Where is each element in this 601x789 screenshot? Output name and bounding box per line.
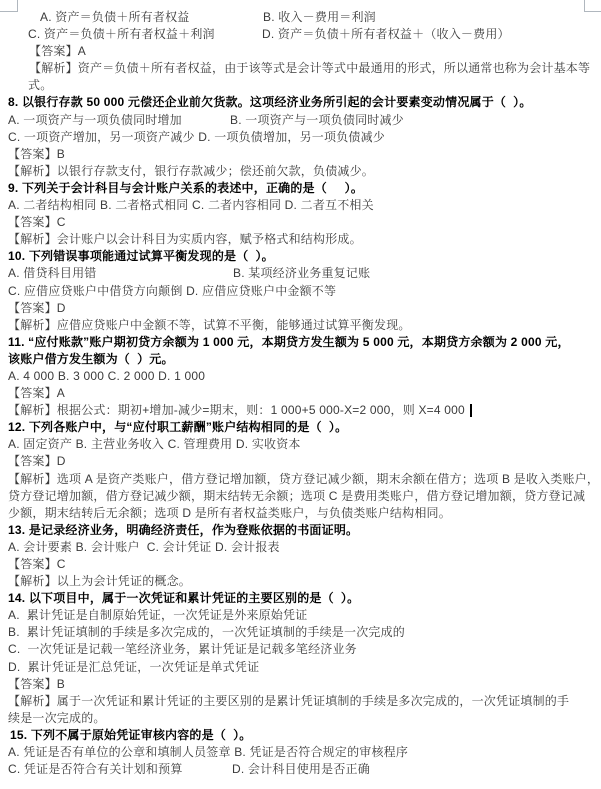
line-text: 8. 以银行存款 50 000 元偿还企业前欠货款。这项经济业务所引起的会计要素… [8,95,532,109]
analysis-line: 【解析】根据公式：期初+增加-减少=期末，则：1 000+5 000-X=2 0… [0,402,601,419]
document-page[interactable]: A. 资产＝负债＋所有者权益B. 收入－费用＝利润C. 资产＝负债＋所有者权益＋… [0,0,601,789]
option-line: D. 累计凭证是汇总凭证，一次凭证是单式凭证 [0,659,601,676]
option-line: A. 借贷科目用错B. 某项经济业务重复记账 [0,265,601,282]
question-line: 11. “应付账款”账户期初贷方余额为 1 000 元，本期贷方发生额为 5 0… [0,334,601,351]
option-line: C. 一项资产增加，另一项资产减少 D. 一项负债增加，另一项负债减少 [0,129,601,146]
line-text: A. 凭证是否有单位的公章和填制人员签章 B. 凭证是否符合规定的审核程序 [8,745,408,759]
line-text: 【解析】应借应贷账户中金额不等，试算不平衡，能够通过试算平衡发现。 [8,318,411,332]
line-text: C. 资产＝负债＋所有者权益＋利润 [28,27,215,41]
option-line: A. 凭证是否有单位的公章和填制人员签章 B. 凭证是否符合规定的审核程序 [0,744,601,761]
analysis-line: 【解析】会计账户以会计科目为实质内容，赋予格式和结构形成。 [0,231,601,248]
question-line: 14. 以下项目中，属于一次凭证和累计凭证的主要区别的是（ ）。 [0,590,601,607]
question-line: 15. 下列不属于原始凭证审核内容的是（ ）。 [0,727,601,744]
question-continuation-line: 该账户借方发生额为（ ）元。 [0,351,601,368]
line-text: 【解析】会计账户以会计科目为实质内容，赋予格式和结构形成。 [8,232,362,246]
line-text: D. 累计凭证是汇总凭证，一次凭证是单式凭证 [8,660,259,674]
analysis-line: 【解析】应借应贷账户中金额不等，试算不平衡，能够通过试算平衡发现。 [0,317,601,334]
line-text: 【答案】C [8,557,66,571]
line-text: C. 凭证是否符合有关计划和预算 [8,762,183,776]
option-line: C. 凭证是否符合有关计划和预算D. 会计科目使用是否正确 [0,761,601,778]
line-text: A. 资产＝负债＋所有者权益 [40,10,189,24]
option-line: A. 资产＝负债＋所有者权益B. 收入－费用＝利润 [0,9,601,26]
line-text-column2: B. 某项经济业务重复记账 [233,265,370,282]
option-line: A. 一项资产与一项负债同时增加B. 一项资产与一项负债同时减少 [0,112,601,129]
line-text: 【答案】A [29,44,86,58]
line-text: A. 会计要素 B. 会计账户 C. 会计凭证 D. 会计报表 [8,540,280,554]
line-text: 式。 [28,78,52,92]
line-text: 10. 下列错误事项能通过试算平衡发现的是（ ）。 [8,249,274,263]
answer-line: 【答案】A [0,385,601,402]
line-text: 【解析】选项 A 是资产类账户，借方登记增加额，贷方登记减少额，期末余额在借方；… [8,472,599,486]
line-text: B. 累计凭证填制的手续是多次完成的，一次凭证填制的手续是一次完成的 [8,625,405,639]
analysis-line: 【解析】以上为会计凭证的概念。 [0,573,601,590]
answer-line: 【答案】C [0,556,601,573]
line-text: 12. 下列各账户中，与“应付职工薪酬”账户结构相同的是（ ）。 [8,420,347,434]
option-line: A. 固定资产 B. 主营业务收入 C. 管理费用 D. 实收资本 [0,436,601,453]
line-text: 【答案】D [8,454,66,468]
line-text-column2: D. 会计科目使用是否正确 [232,761,370,778]
analysis-continuation-line: 续是一次完成的。 [0,710,601,727]
answer-line: 【答案】B [0,146,601,163]
analysis-line: 【解析】选项 A 是资产类账户，借方登记增加额，贷方登记减少额，期末余额在借方；… [0,471,601,488]
line-text: 【答案】C [8,215,66,229]
line-text: C. 一次凭证是记载一笔经济业务，累计凭证是记载多笔经济业务 [8,642,357,656]
line-text: 【解析】以上为会计凭证的概念。 [8,574,191,588]
answer-line: 【答案】A [0,43,601,60]
line-text: 【解析】以银行存款支付，银行存款减少；偿还前欠款，负债减少。 [8,164,374,178]
line-text: A. 一项资产与一项负债同时增加 [8,113,182,127]
line-text: 【答案】B [8,677,65,691]
analysis-continuation-line: 少额，期末结转后无余额；选项 D 是所有者权益类账户，与负债类账户结构相同。 [0,505,601,522]
analysis-line: 【解析】属于一次凭证和累计凭证的主要区别的是累计凭证填制的手续是多次完成的，一次… [0,693,601,710]
line-text: A. 累计凭证是自制原始凭证，一次凭证是外来原始凭证 [8,608,307,622]
line-text: 续是一次完成的。 [8,711,106,725]
analysis-continuation-line: 贷方登记增加额，借方登记减少额，期末结转无余额；选项 C 是费用类账户，借方登记… [0,488,601,505]
question-line: 13. 是记录经济业务，明确经济责任，作为登账依据的书面证明。 [0,522,601,539]
analysis-continuation-line: 式。 [0,77,601,94]
answer-line: 【答案】D [0,453,601,470]
line-text: 14. 以下项目中，属于一次凭证和累计凭证的主要区别的是（ ）。 [8,591,359,605]
option-line: C. 一次凭证是记载一笔经济业务，累计凭证是记载多笔经济业务 [0,641,601,658]
answer-line: 【答案】D [0,300,601,317]
line-text: 【答案】D [8,301,66,315]
line-text: A. 借贷科目用错 [8,266,96,280]
option-line: C. 应借应贷账户中借贷方向颠倒 D. 应借应贷账户中金额不等 [0,283,601,300]
question-line: 10. 下列错误事项能通过试算平衡发现的是（ ）。 [0,248,601,265]
line-text-column2: D. 资产＝负债＋所有者权益＋（收入－费用） [262,26,510,43]
line-text: 【解析】根据公式：期初+增加-减少=期末，则：1 000+5 000-X=2 0… [8,403,465,417]
line-text: 贷方登记增加额，借方登记减少额，期末结转无余额；选项 C 是费用类账户，借方登记… [8,489,585,503]
line-text: 15. 下列不属于原始凭证审核内容的是（ ）。 [10,728,252,742]
line-text: 【解析】属于一次凭证和累计凭证的主要区别的是累计凭证填制的手续是多次完成的，一次… [8,694,569,708]
line-text: C. 一项资产增加，另一项资产减少 D. 一项负债增加，另一项负债减少 [8,130,385,144]
option-line: A. 4 000 B. 3 000 C. 2 000 D. 1 000 [0,368,601,385]
option-line: A. 会计要素 B. 会计账户 C. 会计凭证 D. 会计报表 [0,539,601,556]
question-line: 9. 下列关于会计科目与会计账户关系的表述中，正确的是（ ）。 [0,180,601,197]
line-text: 该账户借方发生额为（ ）元。 [8,352,174,366]
analysis-line: 【解析】以银行存款支付，银行存款减少；偿还前欠款，负债减少。 [0,163,601,180]
line-text: A. 固定资产 B. 主营业务收入 C. 管理费用 D. 实收资本 [8,437,301,451]
answer-line: 【答案】B [0,676,601,693]
question-line: 12. 下列各账户中，与“应付职工薪酬”账户结构相同的是（ ）。 [0,419,601,436]
line-text: 13. 是记录经济业务，明确经济责任，作为登账依据的书面证明。 [8,523,358,537]
line-text: A. 二者结构相同 B. 二者格式相同 C. 二者内容相同 D. 二者互不相关 [8,198,374,212]
option-line: C. 资产＝负债＋所有者权益＋利润D. 资产＝负债＋所有者权益＋（收入－费用） [0,26,601,43]
line-text: C. 应借应贷账户中借贷方向颠倒 D. 应借应贷账户中金额不等 [8,284,336,298]
line-text: 少额，期末结转后无余额；选项 D 是所有者权益类账户，与负债类账户结构相同。 [8,506,451,520]
option-line: B. 累计凭证填制的手续是多次完成的，一次凭证填制的手续是一次完成的 [0,624,601,641]
question-line: 8. 以银行存款 50 000 元偿还企业前欠货款。这项经济业务所引起的会计要素… [0,94,601,111]
answer-line: 【答案】C [0,214,601,231]
line-text-column2: B. 收入－费用＝利润 [263,9,376,26]
option-line: A. 二者结构相同 B. 二者格式相同 C. 二者内容相同 D. 二者互不相关 [0,197,601,214]
line-text: A. 4 000 B. 3 000 C. 2 000 D. 1 000 [8,369,205,383]
line-text: 9. 下列关于会计科目与会计账户关系的表述中，正确的是（ ）。 [8,181,363,195]
line-text: 【答案】B [8,147,65,161]
line-text: 【解析】资产＝负债＋所有者权益，由于该等式是会计等式中最通用的形式，所以通常也称… [29,61,590,75]
document-text-area: A. 资产＝负债＋所有者权益B. 收入－费用＝利润C. 资产＝负债＋所有者权益＋… [0,9,601,778]
text-cursor [470,404,472,417]
line-text-column2: B. 一项资产与一项负债同时减少 [230,112,404,129]
line-text: 11. “应付账款”账户期初贷方余额为 1 000 元，本期贷方发生额为 5 0… [8,335,570,349]
option-line: A. 累计凭证是自制原始凭证，一次凭证是外来原始凭证 [0,607,601,624]
line-text: 【答案】A [8,386,65,400]
analysis-line: 【解析】资产＝负债＋所有者权益，由于该等式是会计等式中最通用的形式，所以通常也称… [0,60,601,77]
